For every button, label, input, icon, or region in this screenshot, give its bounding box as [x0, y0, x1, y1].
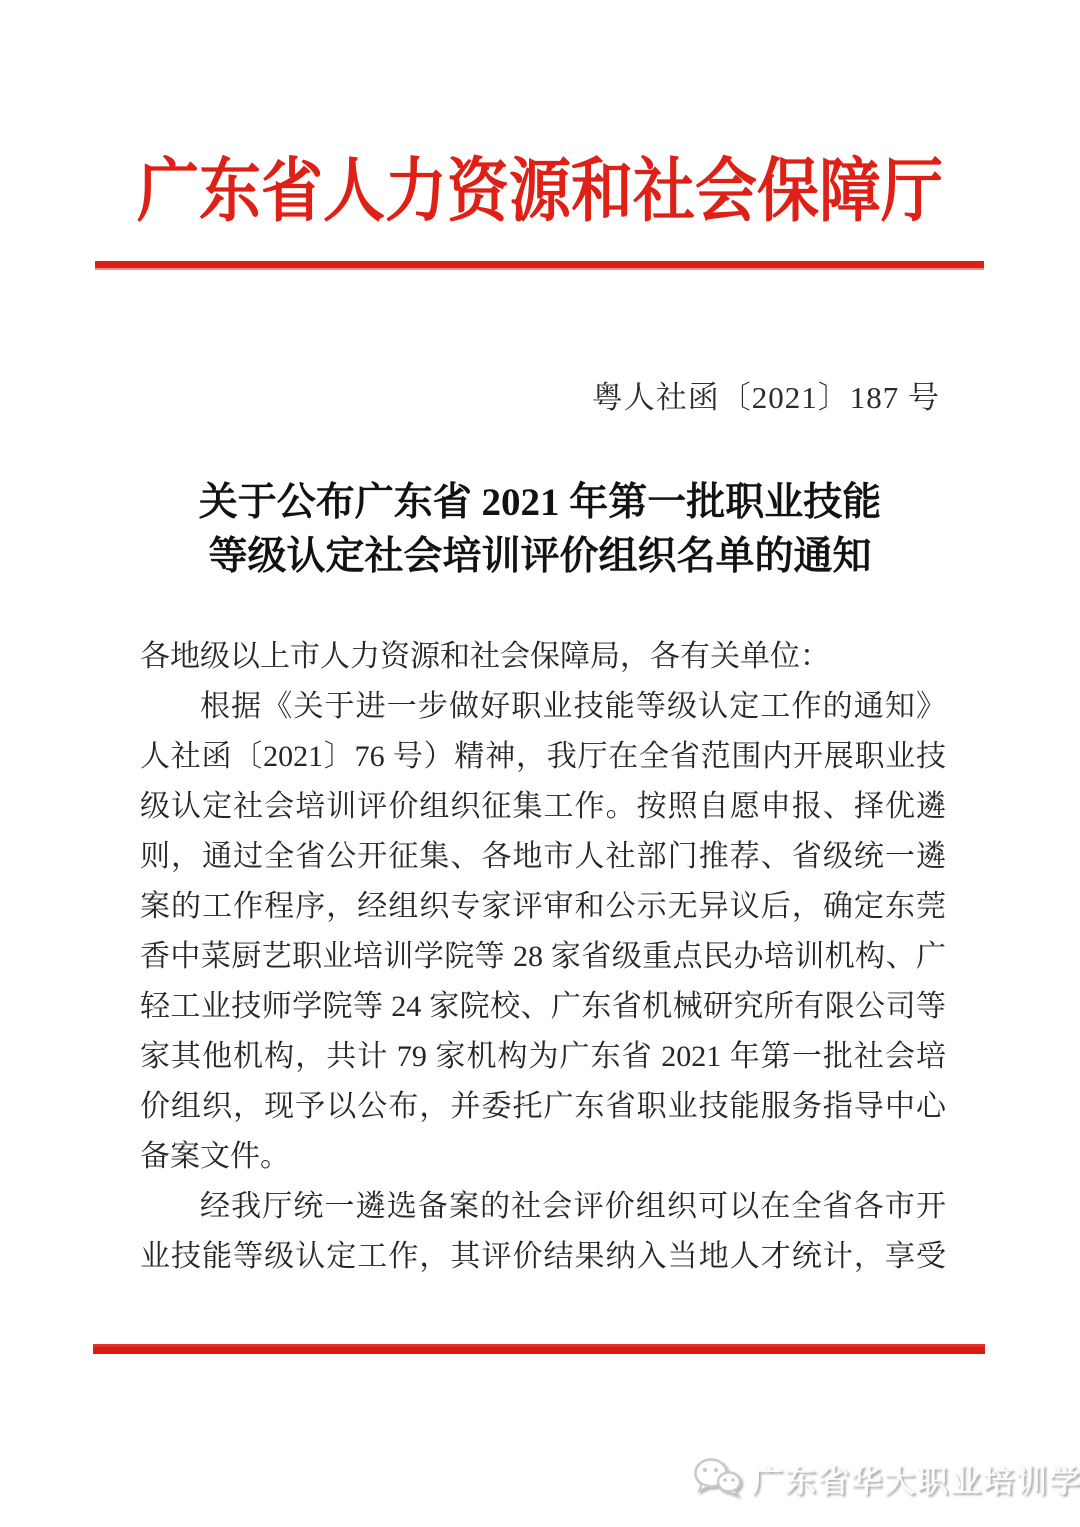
- document-title-line-2: 等级认定社会培训评价组织名单的通知: [0, 530, 1080, 584]
- body-line: 案的工作程序，经组织专家评审和公示无异议后，确定东莞市稻: [140, 882, 946, 932]
- body-line: 业技能等级认定工作，其评价结果纳入当地人才统计，享受属地: [140, 1232, 946, 1282]
- body-line: 价组织，现予以公布，并委托广东省职业技能服务指导中心出具: [140, 1082, 946, 1132]
- body-line: 根据《关于进一步做好职业技能等级认定工作的通知》（粤: [140, 682, 946, 732]
- watermark-label: 广东省华大职业培训学校: [752, 1456, 1080, 1501]
- document-title-line-1: 关于公布广东省 2021 年第一批职业技能: [0, 476, 1080, 530]
- agency-letterhead-title: 广东省人力资源和社会保障厅: [0, 148, 1080, 235]
- body-line: 级认定社会培训评价组织征集工作。按照自愿申报、择优遴选原: [140, 782, 946, 832]
- page-bottom-rule: [93, 1344, 985, 1354]
- document-body: 各地级以上市人力资源和社会保障局，各有关单位： 根据《关于进一步做好职业技能等级…: [140, 632, 946, 1282]
- document-reference-number: 粤人社函〔2021〕187 号: [592, 372, 940, 417]
- body-line: 则，通过全省公开征集、各地市人社部门推荐、省级统一遴选备: [140, 832, 946, 882]
- wechat-icon: [690, 1455, 742, 1502]
- body-line: 人社函〔2021〕76 号）精神，我厅在全省范围内开展职业技能等: [140, 732, 946, 782]
- document-title: 关于公布广东省 2021 年第一批职业技能 等级认定社会培训评价组织名单的通知: [0, 476, 1080, 584]
- body-line: 备案文件。: [140, 1132, 946, 1182]
- body-line: 香中菜厨艺职业培训学院等 28 家省级重点民办培训机构、广东省: [140, 932, 946, 982]
- watermark: 广东省华大职业培训学校: [690, 1455, 1080, 1502]
- body-line: 经我厅统一遴选备案的社会评价组织可以在全省各市开展职: [140, 1182, 946, 1232]
- document-page: 广东省人力资源和社会保障厅 粤人社函〔2021〕187 号 关于公布广东省 20…: [0, 0, 1080, 1527]
- body-line: 家其他机构，共计 79 家机构为广东省 2021 年第一批社会培训评: [140, 1032, 946, 1082]
- salutation-line: 各地级以上市人力资源和社会保障局，各有关单位：: [140, 632, 946, 682]
- letterhead-divider-rule: [95, 261, 984, 270]
- body-line: 轻工业技师学院等 24 家院校、广东省机械研究所有限公司等 27: [140, 982, 946, 1032]
